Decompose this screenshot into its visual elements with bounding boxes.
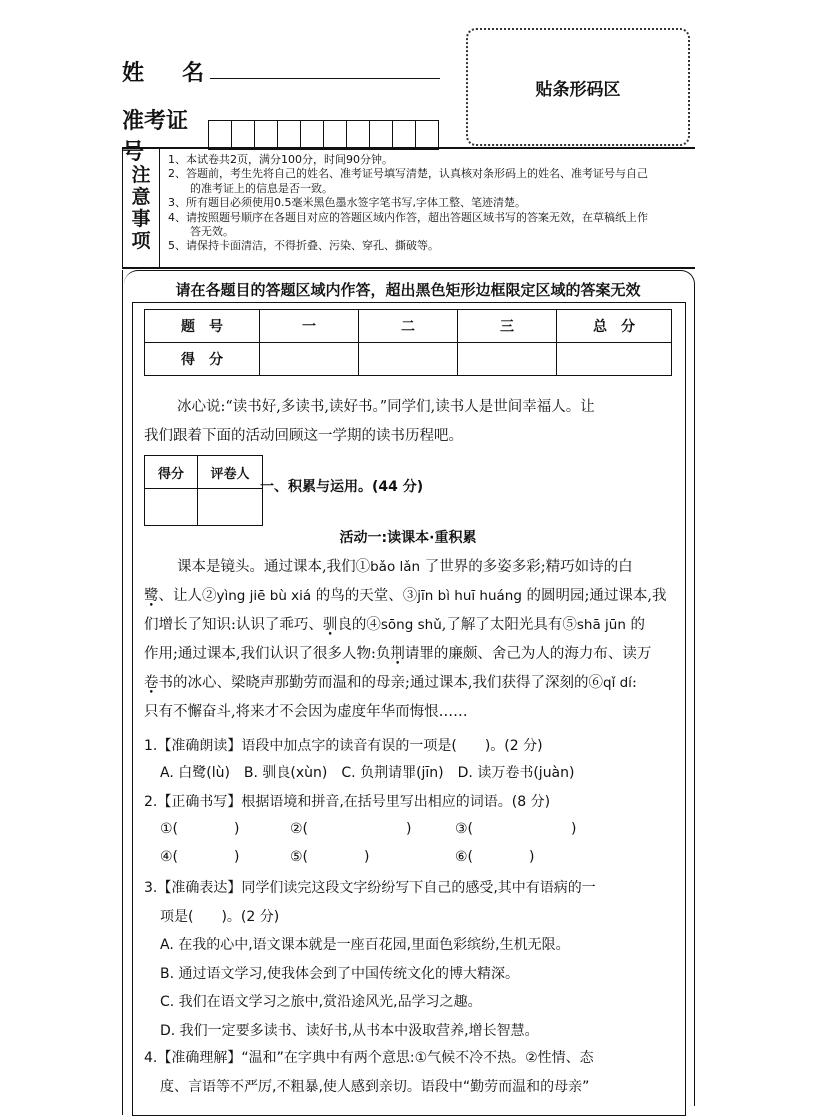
- name-label-1: 姓: [122, 61, 144, 86]
- dotted-char: 驯: [323, 617, 338, 633]
- answer-area-banner: 请在各题目的答题区域内作答，超出黑色矩形边框限定区域的答案无效: [132, 279, 684, 300]
- question-stem: 3.【准确表达】同学们读完这段文字纷纷写下自己的感受,其中有语病的一: [144, 874, 680, 903]
- score-table-row: 得 分: [145, 343, 672, 376]
- notice-box: 注 意 事 项 1、本试卷共2页，满分100分，时间90分钟。 2、答题前，考生…: [122, 147, 695, 269]
- dotted-char: 鹭: [144, 588, 159, 604]
- passage-text: 了世界的多姿多彩;精巧如诗的白: [420, 559, 633, 575]
- score-cell[interactable]: [260, 343, 359, 376]
- passage-line: 课本是镜头。通过课本,我们①bǎo lǎn 了世界的多姿多彩;精巧如诗的白: [144, 553, 680, 582]
- option-b[interactable]: B. 驯良(xùn): [244, 759, 327, 787]
- passage-text: ,了解了太阳光具有⑤: [442, 617, 577, 633]
- notice-list: 1、本试卷共2页，满分100分，时间90分钟。 2、答题前，考生先将自己的姓名、…: [160, 149, 648, 267]
- dotted-char: 卷: [144, 675, 159, 691]
- pinyin: shā jūn: [577, 617, 626, 633]
- score-header-cell: 二: [359, 310, 458, 343]
- passage-text: 课本是镜头。通过课本,我们①: [177, 559, 370, 575]
- pinyin: jīn bì huī huáng: [417, 588, 522, 604]
- exam-id-box[interactable]: [370, 121, 393, 149]
- score-row-label: 得 分: [145, 343, 260, 376]
- grader-reviewer-cell[interactable]: [198, 489, 263, 526]
- answer-blank[interactable]: ④( ): [160, 843, 290, 871]
- option-a[interactable]: A. 白鹭(lù): [160, 759, 230, 787]
- barcode-area: 贴条形码区: [466, 28, 690, 146]
- question-stem-cont: 度、言语等不严厉,不粗暴,使人感到亲切。语段中“勤劳而温和的母亲”: [144, 1073, 680, 1102]
- question-options: A. 白鹭(lù) B. 驯良(xùn) C. 负荆请罪(jīn) D. 读万卷…: [144, 759, 680, 787]
- answer-blank[interactable]: ⑥( ): [455, 843, 534, 871]
- question-2: 2.【正确书写】根据语境和拼音,在括号里写出相应的词语。(8 分) ①( ) ②…: [144, 789, 680, 871]
- exam-id-box[interactable]: [232, 121, 255, 149]
- notice-item: 4、请按照题号顺序在各题目对应的答题区域内作答，超出答题区域书写的答案无效，在草…: [168, 211, 648, 225]
- grader-header-reviewer: 评卷人: [198, 456, 263, 489]
- grader-score-cell[interactable]: [145, 489, 198, 526]
- name-label-2: 名: [182, 61, 204, 86]
- question-1: 1.【准确朗读】语段中加点字的读音有误的一项是( )。(2 分) A. 白鹭(l…: [144, 733, 680, 787]
- notice-item-cont: 答无效。: [168, 225, 648, 239]
- pinyin: sōng shǔ: [381, 617, 442, 633]
- passage-text: 的圆明园;通过课本,我: [522, 588, 667, 604]
- intro-line: 我们跟着下面的活动回顾这一学期的读书历程吧。: [144, 422, 678, 451]
- question-4: 4.【准确理解】“温和”在字典中有两个意思:①气候不冷不热。②性情、态 度、言语…: [144, 1044, 680, 1101]
- score-table: 题 号 一 二 三 总 分 得 分: [144, 309, 672, 376]
- pinyin: qǐ dí: [603, 675, 632, 691]
- notice-title: 注 意 事 项: [123, 149, 160, 267]
- option-a[interactable]: A. 在我的心中,语文课本就是一座百花园,里面色彩缤纷,生机无限。: [144, 931, 680, 960]
- answer-blank[interactable]: ②( ): [290, 815, 455, 843]
- exam-id-box[interactable]: [324, 121, 347, 149]
- reading-passage: 课本是镜头。通过课本,我们①bǎo lǎn 了世界的多姿多彩;精巧如诗的白 鹭、…: [144, 553, 680, 727]
- exam-id-box[interactable]: [278, 121, 301, 149]
- passage-text: 请罪的廉颇、舍己为人的海力布、读万: [405, 646, 652, 662]
- intro-paragraph: 冰心说:“读书好,多读书,读好书。”同学们,读书人是世间幸福人。让 我们跟着下面…: [144, 393, 678, 451]
- answer-blank[interactable]: ①( ): [160, 815, 290, 843]
- answer-blank[interactable]: ⑤( ): [290, 843, 455, 871]
- pinyin: bǎo lǎn: [370, 559, 420, 575]
- exam-id-box[interactable]: [393, 121, 416, 149]
- name-field-row: 姓名: [122, 56, 204, 87]
- passage-text: 书的冰心、梁晓声那勤劳而温和的母亲;通过课本,我们获得了深刻的⑥: [159, 675, 604, 691]
- score-cell[interactable]: [557, 343, 672, 376]
- score-header-cell: 题 号: [145, 310, 260, 343]
- exam-id-box[interactable]: [301, 121, 324, 149]
- dotted-char: 荆: [390, 646, 405, 662]
- question-stem: 1.【准确朗读】语段中加点字的读音有误的一项是( )。(2 分): [144, 733, 680, 759]
- intro-line: 冰心说:“读书好,多读书,读好书。”同学们,读书人是世间幸福人。让: [144, 393, 678, 422]
- notice-title-char: 注: [131, 164, 150, 186]
- passage-text: 、让人②: [159, 588, 217, 604]
- passage-line: 只有不懈奋斗,将来才不会因为虚度年华而悔恨……: [144, 698, 680, 727]
- section-title: 一、积累与运用。(44 分): [260, 476, 423, 496]
- score-table-header-row: 题 号 一 二 三 总 分: [145, 310, 672, 343]
- notice-item: 3、所有题目必须使用0.5毫米黑色墨水签字笔书写,字体工整、笔迹清楚。: [168, 196, 648, 210]
- notice-title-char: 事: [131, 208, 150, 230]
- passage-text: :: [632, 675, 637, 691]
- passage-line: 鹭、让人②yìng jiē bù xiá 的鸟的天堂、③jīn bì huī h…: [144, 582, 680, 611]
- answer-blanks-row: ①( ) ②( ) ③( ): [144, 815, 680, 843]
- passage-line: 作用;通过课本,我们认识了很多人物:负荆请罪的廉颇、舍己为人的海力布、读万: [144, 640, 680, 669]
- score-header-cell: 三: [458, 310, 557, 343]
- exam-id-box[interactable]: [255, 121, 278, 149]
- question-3: 3.【准确表达】同学们读完这段文字纷纷写下自己的感受,其中有语病的一 项是( )…: [144, 874, 680, 1045]
- passage-text: 作用;通过课本,我们认识了很多人物:负: [144, 646, 390, 662]
- option-c[interactable]: C. 负荆请罪(jīn): [341, 759, 443, 787]
- exam-id-box[interactable]: [209, 121, 232, 149]
- exam-id-box[interactable]: [416, 121, 438, 149]
- option-d[interactable]: D. 读万卷书(juàn): [458, 759, 575, 787]
- option-b[interactable]: B. 通过语文学习,使我体会到了中国传统文化的博大精深。: [144, 960, 680, 989]
- passage-text: 的: [626, 617, 645, 633]
- score-cell[interactable]: [359, 343, 458, 376]
- notice-item: 1、本试卷共2页，满分100分，时间90分钟。: [168, 153, 648, 167]
- grader-header-score: 得分: [145, 456, 198, 489]
- question-stem-cont: 项是( )。(2 分): [144, 903, 680, 932]
- notice-item: 5、请保持卡面清洁，不得折叠、污染、穿孔、撕破等。: [168, 239, 648, 253]
- option-d[interactable]: D. 我们一定要多读书、读好书,从书本中汲取营养,增长智慧。: [144, 1017, 680, 1046]
- notice-title-char: 意: [131, 186, 150, 208]
- question-stem: 4.【准确理解】“温和”在字典中有两个意思:①气候不冷不热。②性情、态: [144, 1044, 680, 1073]
- answer-blank[interactable]: ③( ): [455, 815, 576, 843]
- notice-item: 2、答题前，考生先将自己的姓名、准考证号填写清楚，认真核对条形码上的姓名、准考证…: [168, 167, 648, 181]
- option-c[interactable]: C. 我们在语文学习之旅中,赏沿途风光,品学习之趣。: [144, 988, 680, 1017]
- score-cell[interactable]: [458, 343, 557, 376]
- name-input-line[interactable]: [210, 78, 440, 79]
- barcode-label: 贴条形码区: [536, 75, 621, 100]
- passage-line: 卷书的冰心、梁晓声那勤劳而温和的母亲;通过课本,我们获得了深刻的⑥qǐ dí:: [144, 669, 680, 698]
- pinyin: yìng jiē bù xiá: [217, 588, 312, 604]
- notice-title-char: 项: [131, 230, 150, 252]
- answer-blanks-row: ④( ) ⑤( ) ⑥( ): [144, 843, 680, 871]
- exam-id-box[interactable]: [347, 121, 370, 149]
- activity-title: 活动一:读课本·重积累: [132, 527, 684, 547]
- score-header-cell: 一: [260, 310, 359, 343]
- passage-text: 们增长了知识:认识了乖巧、: [144, 617, 323, 633]
- passage-text: 良的④: [337, 617, 381, 633]
- score-header-cell: 总 分: [557, 310, 672, 343]
- passage-line: 们增长了知识:认识了乖巧、驯良的④sōng shǔ,了解了太阳光具有⑤shā j…: [144, 611, 680, 640]
- notice-item-cont: 的准考证上的信息是否一致。: [168, 182, 648, 196]
- passage-text: 的鸟的天堂、③: [311, 588, 417, 604]
- question-stem: 2.【正确书写】根据语境和拼音,在括号里写出相应的词语。(8 分): [144, 789, 680, 815]
- exam-id-boxes: [208, 120, 439, 150]
- grader-table: 得分 评卷人: [144, 455, 263, 526]
